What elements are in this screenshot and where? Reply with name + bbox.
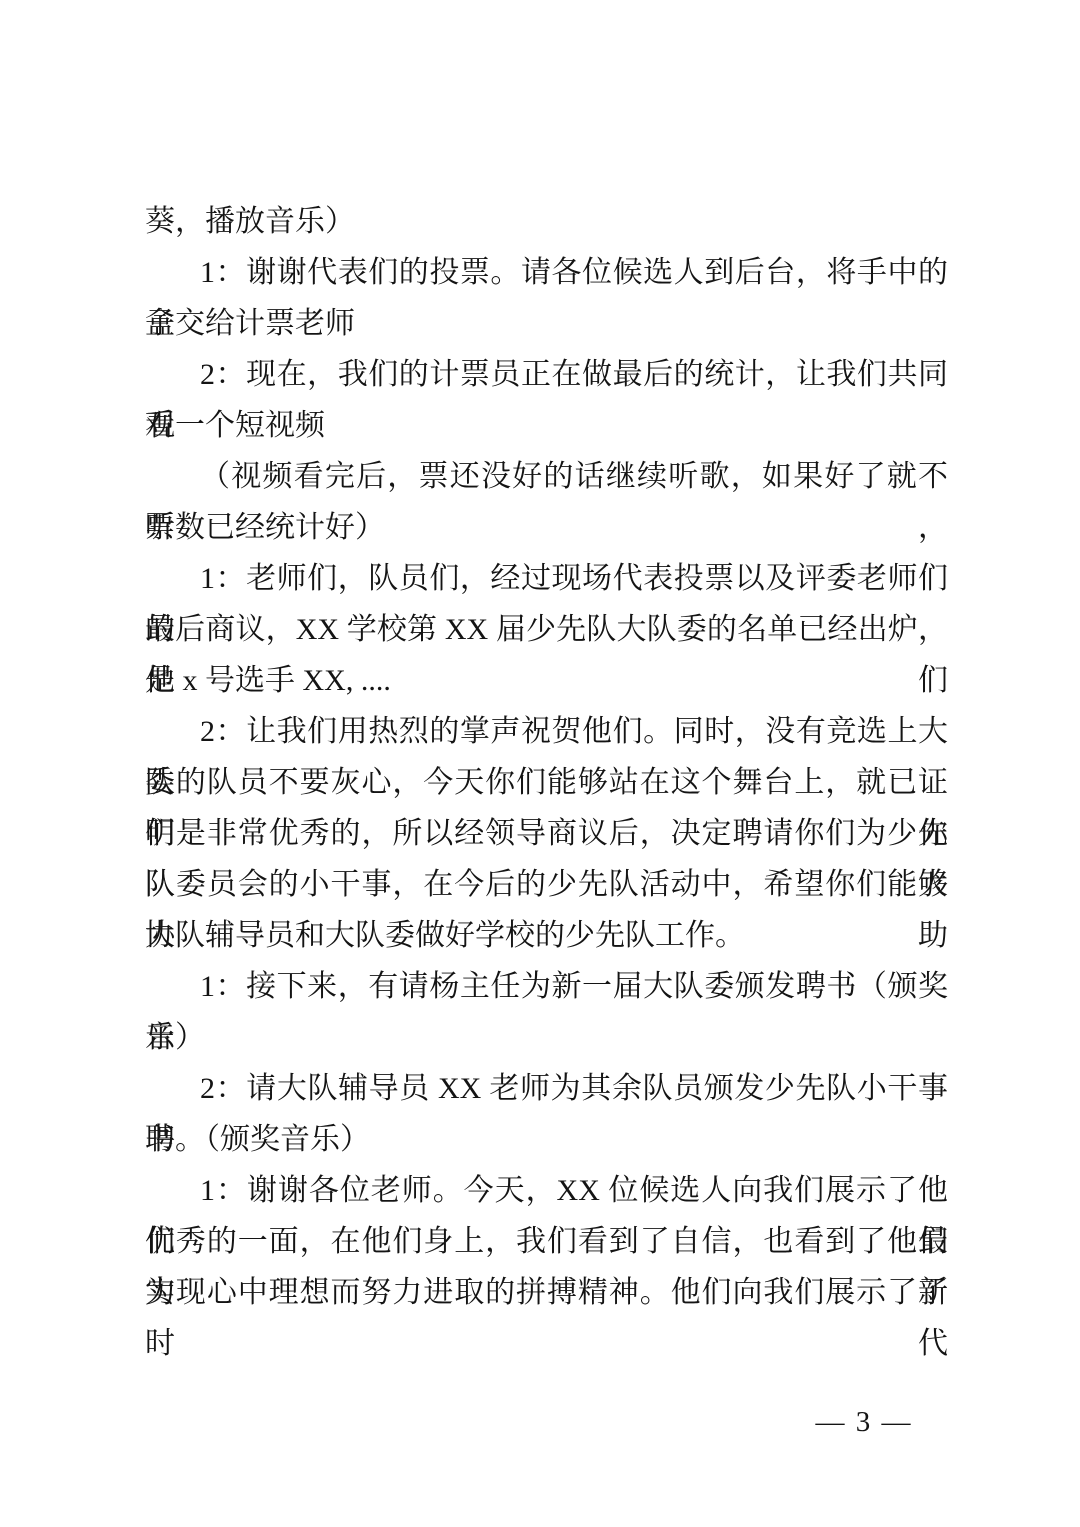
document-page: 葵，播放音乐） 1：谢谢代表们的投票。请各位候选人到后台，将手中的盒 子交给计票… [0, 0, 1080, 1527]
text-line: 队委员会的小干事，在今后的少先队活动中，希望你们能够协助 [145, 859, 948, 910]
text-line: 看一个短视频 [145, 400, 948, 451]
text-line: 书。（颁奖音乐） [145, 1114, 948, 1165]
page-number: — 3 — [748, 1402, 980, 1442]
text-line: 优秀的一面，在他们身上，我们看到了自信，也看到了他们为了 [145, 1216, 948, 1267]
text-line: 2：请大队辅导员 XX 老师为其余队员颁发少先队小干事聘 [145, 1063, 948, 1114]
text-line: 委的队员不要灰心，今天你们能够站在这个舞台上，就已证明你 [145, 757, 948, 808]
text-line: 2：现在，我们的计票员正在做最后的统计，让我们共同观 [145, 349, 948, 400]
text-line: 葵，播放音乐） [145, 196, 948, 247]
text-line: 1：谢谢代表们的投票。请各位候选人到后台，将手中的盒 [145, 247, 948, 298]
text-line: 2：让我们用热烈的掌声祝贺他们。同时，没有竞选上大队 [145, 706, 948, 757]
text-line: 最后商议，XX 学校第 XX 届少先队大队委的名单已经出炉，他们 [145, 604, 948, 655]
text-line: 1：老师们，队员们，经过现场代表投票以及评委老师们的 [145, 553, 948, 604]
text-line: （视频看完后，票还没好的话继续听歌，如果好了就不听， [145, 451, 948, 502]
document-text-block: 葵，播放音乐） 1：谢谢代表们的投票。请各位候选人到后台，将手中的盒 子交给计票… [145, 196, 948, 1318]
text-line: 子交给计票老师 [145, 298, 948, 349]
text-line: 乐） [145, 1012, 948, 1063]
text-line: 1：接下来，有请杨主任为新一届大队委颁发聘书（颁奖音 [145, 961, 948, 1012]
text-line: 们是非常优秀的，所以经领导商议后，决定聘请你们为少先队大 [145, 808, 948, 859]
text-line: 实现心中理想而努力进取的拼搏精神。他们向我们展示了新时代 [145, 1267, 948, 1318]
text-line: 1：谢谢各位老师。今天，XX 位候选人向我们展示了他们最 [145, 1165, 948, 1216]
